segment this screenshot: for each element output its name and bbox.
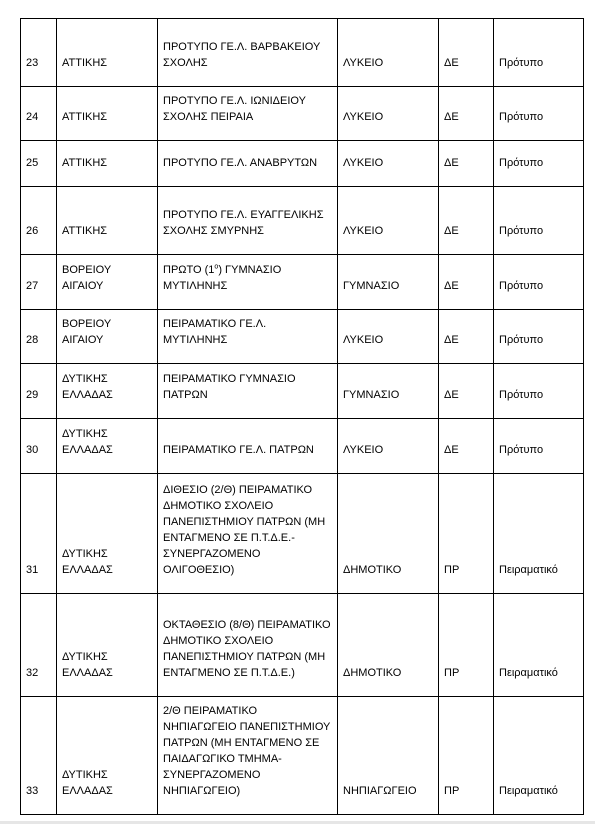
row-number: 33 [21, 697, 57, 815]
school-name-cell: ΔΙΘΕΣΙΟ (2/Θ) ΠΕΙΡΑΜΑΤΙΚΟ ΔΗΜΟΤΙΚΟ ΣΧΟΛΕ… [158, 474, 338, 594]
school-category-cell: Πρότυπο [494, 364, 584, 419]
school-category-cell: Πρότυπο [494, 19, 584, 87]
education-level-cell: ΔΕ [439, 87, 494, 141]
school-category-cell: Πρότυπο [494, 255, 584, 310]
table-row: 29 ΔΥΤΙΚΗΣ ΕΛΛΑΔΑΣ ΠΕΙΡΑΜΑΤΙΚΟ ΓΥΜΝΑΣΙΟ … [21, 364, 584, 419]
education-level-cell: ΔΕ [439, 19, 494, 87]
table-row: 23 ΑΤΤΙΚΗΣ ΠΡΟΤΥΠΟ ΓΕ.Λ. ΒΑΡΒΑΚΕΙΟΥ ΣΧΟΛ… [21, 19, 584, 87]
region-cell: ΔΥΤΙΚΗΣ ΕΛΛΑΔΑΣ [57, 697, 158, 815]
region-cell: ΑΤΤΙΚΗΣ [57, 19, 158, 87]
table-row: 26 ΑΤΤΙΚΗΣ ΠΡΟΤΥΠΟ ΓΕ.Λ. ΕΥΑΓΓΕΛΙΚΗΣ ΣΧΟ… [21, 187, 584, 255]
row-number: 32 [21, 594, 57, 697]
table-row: 28 ΒΟΡΕΙΟΥ ΑΙΓΑΙΟΥ ΠΕΙΡΑΜΑΤΙΚΟ ΓΕ.Λ. ΜΥΤ… [21, 310, 584, 364]
region-cell: ΔΥΤΙΚΗΣ ΕΛΛΑΔΑΣ [57, 594, 158, 697]
region-cell: ΑΤΤΙΚΗΣ [57, 141, 158, 187]
school-name-cell: ΠΕΙΡΑΜΑΤΙΚΟ ΓΕ.Λ. ΠΑΤΡΩΝ [158, 419, 338, 474]
region-cell: ΑΤΤΙΚΗΣ [57, 187, 158, 255]
school-type-cell: ΛΥΚΕΙΟ [338, 187, 439, 255]
row-number: 24 [21, 87, 57, 141]
education-level-cell: ΠΡ [439, 594, 494, 697]
schools-table: 23 ΑΤΤΙΚΗΣ ΠΡΟΤΥΠΟ ΓΕ.Λ. ΒΑΡΒΑΚΕΙΟΥ ΣΧΟΛ… [20, 18, 584, 815]
school-category-cell: Πειραματικό [494, 474, 584, 594]
row-number: 30 [21, 419, 57, 474]
region-cell: ΔΥΤΙΚΗΣ ΕΛΛΑΔΑΣ [57, 419, 158, 474]
row-number: 25 [21, 141, 57, 187]
table-row: 25 ΑΤΤΙΚΗΣ ΠΡΟΤΥΠΟ ΓΕ.Λ. ΑΝΑΒΡΥΤΩΝ ΛΥΚΕΙ… [21, 141, 584, 187]
school-name-cell: 2/Θ ΠΕΙΡΑΜΑΤΙΚΟ ΝΗΠΙΑΓΩΓΕΙΟ ΠΑΝΕΠΙΣΤΗΜΙΟ… [158, 697, 338, 815]
row-number: 27 [21, 255, 57, 310]
school-type-cell: ΔΗΜΟΤΙΚΟ [338, 594, 439, 697]
school-type-cell: ΛΥΚΕΙΟ [338, 87, 439, 141]
school-name-cell: ΠΕΙΡΑΜΑΤΙΚΟ ΓΥΜΝΑΣΙΟ ΠΑΤΡΩΝ [158, 364, 338, 419]
school-type-cell: ΔΗΜΟΤΙΚΟ [338, 474, 439, 594]
school-category-cell: Πρότυπο [494, 310, 584, 364]
education-level-cell: ΔΕ [439, 364, 494, 419]
school-category-cell: Πρότυπο [494, 141, 584, 187]
table-row: 31 ΔΥΤΙΚΗΣ ΕΛΛΑΔΑΣ ΔΙΘΕΣΙΟ (2/Θ) ΠΕΙΡΑΜΑ… [21, 474, 584, 594]
row-number: 28 [21, 310, 57, 364]
education-level-cell: ΔΕ [439, 419, 494, 474]
education-level-cell: ΔΕ [439, 255, 494, 310]
education-level-cell: ΔΕ [439, 187, 494, 255]
row-number: 26 [21, 187, 57, 255]
table-row: 30 ΔΥΤΙΚΗΣ ΕΛΛΑΔΑΣ ΠΕΙΡΑΜΑΤΙΚΟ ΓΕ.Λ. ΠΑΤ… [21, 419, 584, 474]
school-category-cell: Πρότυπο [494, 419, 584, 474]
table-row: 33 ΔΥΤΙΚΗΣ ΕΛΛΑΔΑΣ 2/Θ ΠΕΙΡΑΜΑΤΙΚΟ ΝΗΠΙΑ… [21, 697, 584, 815]
row-number: 31 [21, 474, 57, 594]
region-cell: ΒΟΡΕΙΟΥ ΑΙΓΑΙΟΥ [57, 310, 158, 364]
education-level-cell: ΠΡ [439, 474, 494, 594]
school-category-cell: Πρότυπο [494, 187, 584, 255]
school-type-cell: ΓΥΜΝΑΣΙΟ [338, 255, 439, 310]
education-level-cell: ΠΡ [439, 697, 494, 815]
school-category-cell: Πρότυπο [494, 87, 584, 141]
education-level-cell: ΔΕ [439, 141, 494, 187]
region-cell: ΔΥΤΙΚΗΣ ΕΛΛΑΔΑΣ [57, 474, 158, 594]
table-row: 24 ΑΤΤΙΚΗΣ ΠΡΟΤΥΠΟ ΓΕ.Λ. ΙΩΝΙΔΕΙΟΥ ΣΧΟΛΗ… [21, 87, 584, 141]
school-type-cell: ΛΥΚΕΙΟ [338, 419, 439, 474]
school-type-cell: ΛΥΚΕΙΟ [338, 310, 439, 364]
table-row: 32 ΔΥΤΙΚΗΣ ΕΛΛΑΔΑΣ ΟΚΤΑΘΕΣΙΟ (8/Θ) ΠΕΙΡΑ… [21, 594, 584, 697]
education-level-cell: ΔΕ [439, 310, 494, 364]
region-cell: ΑΤΤΙΚΗΣ [57, 87, 158, 141]
region-cell: ΔΥΤΙΚΗΣ ΕΛΛΑΔΑΣ [57, 364, 158, 419]
school-name-cell: ΠΡΩΤΟ (1ο) ΓΥΜΝΑΣΙΟ ΜΥΤΙΛΗΝΗΣ [158, 255, 338, 310]
school-category-cell: Πειραματικό [494, 594, 584, 697]
school-name-cell: ΠΡΟΤΥΠΟ ΓΕ.Λ. ΒΑΡΒΑΚΕΙΟΥ ΣΧΟΛΗΣ [158, 19, 338, 87]
school-name-cell: ΠΡΟΤΥΠΟ ΓΕ.Λ. ΑΝΑΒΡΥΤΩΝ [158, 141, 338, 187]
school-name-cell: ΠΕΙΡΑΜΑΤΙΚΟ ΓΕ.Λ. ΜΥΤΙΛΗΝΗΣ [158, 310, 338, 364]
region-cell: ΒΟΡΕΙΟΥ ΑΙΓΑΙΟΥ [57, 255, 158, 310]
school-type-cell: ΛΥΚΕΙΟ [338, 19, 439, 87]
row-number: 29 [21, 364, 57, 419]
school-type-cell: ΛΥΚΕΙΟ [338, 141, 439, 187]
row-number: 23 [21, 19, 57, 87]
school-name-cell: ΠΡΟΤΥΠΟ ΓΕ.Λ. ΙΩΝΙΔΕΙΟΥ ΣΧΟΛΗΣ ΠΕΙΡΑΙΑ [158, 87, 338, 141]
table-row: 27 ΒΟΡΕΙΟΥ ΑΙΓΑΙΟΥ ΠΡΩΤΟ (1ο) ΓΥΜΝΑΣΙΟ Μ… [21, 255, 584, 310]
school-type-cell: ΝΗΠΙΑΓΩΓΕΙΟ [338, 697, 439, 815]
school-type-cell: ΓΥΜΝΑΣΙΟ [338, 364, 439, 419]
school-category-cell: Πειραματικό [494, 697, 584, 815]
school-name-cell: ΟΚΤΑΘΕΣΙΟ (8/Θ) ΠΕΙΡΑΜΑΤΙΚΟ ΔΗΜΟΤΙΚΟ ΣΧΟ… [158, 594, 338, 697]
school-name-cell: ΠΡΟΤΥΠΟ ΓΕ.Λ. ΕΥΑΓΓΕΛΙΚΗΣ ΣΧΟΛΗΣ ΣΜΥΡΝΗΣ [158, 187, 338, 255]
